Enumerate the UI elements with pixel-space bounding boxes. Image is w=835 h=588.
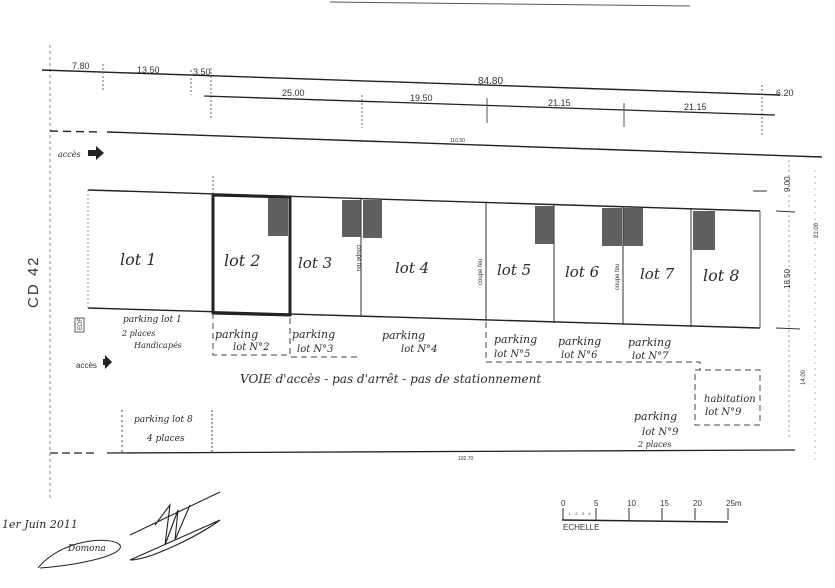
parking-label: lot N°6 xyxy=(561,350,598,361)
site-plan: 7.80 13.50 3.50 84.80 6.20 25.00 19.50 2… xyxy=(0,0,835,588)
scale-minor-label: 1 xyxy=(569,511,572,516)
lot-label: lot 3 xyxy=(298,254,332,272)
access-middle: accès xyxy=(76,355,112,370)
parking-label: parking xyxy=(628,336,671,349)
parking-label: lot N°2 xyxy=(233,342,270,353)
parking-label: 2 places xyxy=(637,440,671,449)
scale-tick-label: 25m xyxy=(726,499,742,508)
dim-21-15-a: 21.15 xyxy=(548,98,571,108)
parking-label: Handicapés xyxy=(133,341,182,350)
dim-19-50: 19.50 xyxy=(410,93,433,103)
parking-label: parking lot 1 xyxy=(123,315,182,325)
firewall-label: coupe feu xyxy=(478,259,484,285)
scale-tick-label: 5 xyxy=(594,499,599,508)
access-top: accès xyxy=(58,146,104,160)
parking-label: lot N°7 xyxy=(632,351,669,362)
parking-label: lot N°4 xyxy=(401,344,438,355)
parking-label: 4 places xyxy=(146,434,185,444)
lot-label: lot 8 xyxy=(703,266,739,285)
dimension-total-bottom: 102.70 xyxy=(50,450,795,462)
lot-label: lot 4 xyxy=(395,259,429,277)
dim-6-20: 6.20 xyxy=(776,88,794,98)
habitation-label: lot N°9 xyxy=(705,407,742,418)
dim-14-00: 14.00 xyxy=(801,369,807,385)
parking-label: lot N°9 xyxy=(642,427,679,438)
hatched-zones xyxy=(268,198,715,250)
edf-box: EDF xyxy=(75,318,84,332)
scale-bar: ECHELLE 0510152025m1234 xyxy=(561,499,742,532)
dim-3-50: 3.50 xyxy=(193,67,211,77)
lot-label: lot 7 xyxy=(640,265,675,283)
dim-84-80: 84.80 xyxy=(478,76,503,87)
lot-label: lot 6 xyxy=(565,263,600,281)
top-border xyxy=(330,2,690,6)
parking-label: parking xyxy=(558,335,601,348)
dim-13-50: 13.50 xyxy=(137,65,160,75)
road-label: CD 42 xyxy=(25,255,42,308)
scale-minor-label: 4 xyxy=(588,511,591,516)
dim-21-15-b: 21.15 xyxy=(684,102,707,112)
dim-110-50: 110.50 xyxy=(450,138,465,144)
parking-label: parking xyxy=(494,333,537,346)
parking-label: parking xyxy=(382,329,425,342)
parking-label: lot N°3 xyxy=(297,344,334,355)
dim-7-80: 7.80 xyxy=(72,61,90,71)
dim-18-50: 18.50 xyxy=(783,268,792,289)
firewall-label: coupe feu xyxy=(615,264,621,290)
parking-label: parking xyxy=(292,328,335,341)
arrow-right-icon xyxy=(103,355,112,369)
parking-label: 2 places xyxy=(121,329,155,338)
scale-tick-label: 15 xyxy=(660,499,669,508)
dim-102-70: 102.70 xyxy=(458,456,474,462)
dim-9-00: 9.00 xyxy=(783,176,792,192)
lot-label: lot 5 xyxy=(497,261,531,279)
access-label-top: accès xyxy=(58,150,81,159)
parking-label: parking lot 8 xyxy=(134,415,193,425)
lot-label: lot 2 xyxy=(224,251,260,270)
firewall-label: coupe feu xyxy=(355,245,361,271)
parking-label: parking xyxy=(634,410,677,423)
scale-tick-label: 0 xyxy=(561,499,566,508)
dimension-right-side: 9.00 18.50 21.00 14.00 xyxy=(753,160,820,460)
parking-label: parking xyxy=(215,328,258,341)
access-label-middle: accès xyxy=(76,361,97,370)
signature-scribble xyxy=(130,492,220,560)
habitation-label: habitation xyxy=(704,394,756,405)
scale-tick-label: 20 xyxy=(693,499,702,508)
parking-label: lot N°5 xyxy=(494,349,531,360)
dim-21-00: 21.00 xyxy=(814,222,820,238)
dimension-second-row: 25.00 19.50 21.15 21.15 xyxy=(204,88,775,128)
road-note: VOIE d'accès - pas d'arrêt - pas de stat… xyxy=(240,372,541,386)
scale-minor-label: 2 xyxy=(575,511,578,516)
signature-date: 1er Juin 2011 xyxy=(2,518,78,531)
dimension-total-top: 110.50 xyxy=(50,131,822,157)
scale-label: ECHELLE xyxy=(563,523,599,532)
arrow-right-icon xyxy=(88,146,104,160)
signature-name: Domona xyxy=(67,544,106,554)
lots-block xyxy=(88,176,760,328)
lot-label: lot 1 xyxy=(120,250,156,269)
signature-block: 1er Juin 2011 Domona xyxy=(2,492,220,568)
dim-25-00: 25.00 xyxy=(282,88,305,98)
edf-label: EDF xyxy=(78,318,84,330)
scale-minor-label: 3 xyxy=(582,511,585,516)
scale-tick-label: 10 xyxy=(627,499,636,508)
